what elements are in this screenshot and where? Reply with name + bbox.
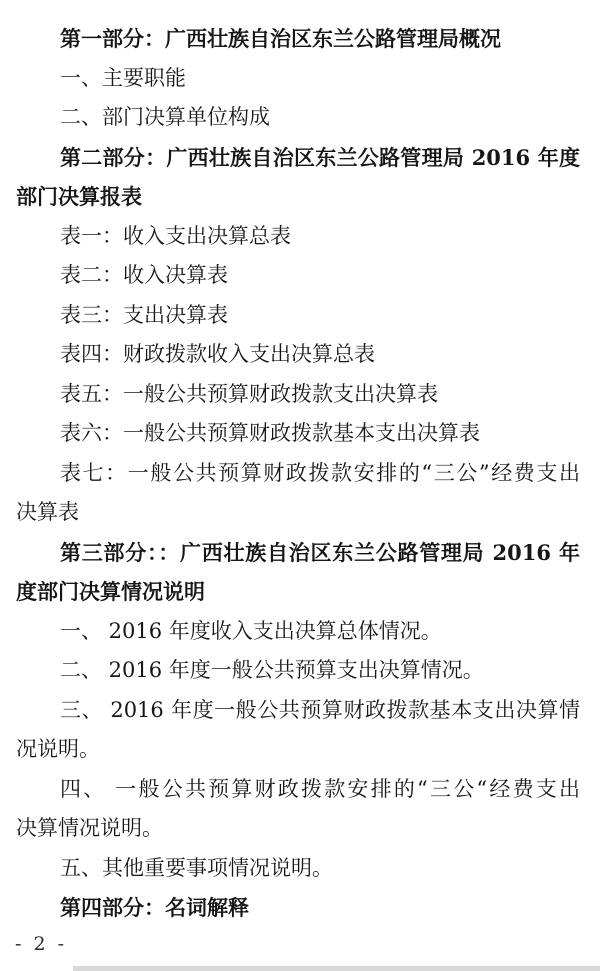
heading-part2-line1: 第二部分：广西壮族自治区东兰公路管理局 2016 年度 — [16, 138, 580, 178]
heading-part3-line1: 第三部分：：广西壮族自治区东兰公路管理局 2016 年 — [16, 533, 580, 573]
heading-part3-line2: 度部门决算情况说明 — [16, 572, 580, 612]
toc-table3: 表三：支出决算表 — [16, 296, 580, 336]
toc-table7-line1: 表七：一般公共预算财政拨款安排的“三公”经费支出 — [16, 454, 580, 494]
heading-part4: 第四部分：名词解释 — [16, 888, 580, 928]
toc-table7-line2: 决算表 — [16, 493, 580, 533]
toc-table6: 表六：一般公共预算财政拨款基本支出决算表 — [16, 414, 580, 454]
heading-part1: 第一部分：广西壮族自治区东兰公路管理局概况 — [16, 19, 580, 59]
toc-main-functions: 一、主要职能 — [16, 59, 580, 99]
toc-note4-line1: 四、 一般公共预算财政拨款安排的“三公“经费支出 — [16, 770, 580, 810]
page-bottom-edge — [73, 966, 600, 971]
page-number: - 2 - — [15, 933, 67, 955]
toc-note3-line2: 况说明。 — [16, 730, 580, 770]
document-page: 第一部分：广西壮族自治区东兰公路管理局概况 一、主要职能 二、部门决算单位构成 … — [0, 0, 600, 971]
toc-table4: 表四：财政拨款收入支出决算总表 — [16, 335, 580, 375]
toc-table1: 表一：收入支出决算总表 — [16, 217, 580, 257]
toc-unit-composition: 二、部门决算单位构成 — [16, 98, 580, 138]
heading-part2-line2: 部门决算报表 — [16, 177, 580, 217]
toc-table5: 表五：一般公共预算财政拨款支出决算表 — [16, 375, 580, 415]
toc-table2: 表二：收入决算表 — [16, 256, 580, 296]
toc-note3-line1: 三、 2016 年度一般公共预算财政拨款基本支出决算情 — [16, 691, 580, 731]
toc-note2: 二、 2016 年度一般公共预算支出决算情况。 — [16, 651, 580, 691]
toc-note1: 一、 2016 年度收入支出决算总体情况。 — [16, 612, 580, 652]
toc-note4-line2: 决算情况说明。 — [16, 809, 580, 849]
toc-note5: 五、其他重要事项情况说明。 — [16, 849, 580, 889]
